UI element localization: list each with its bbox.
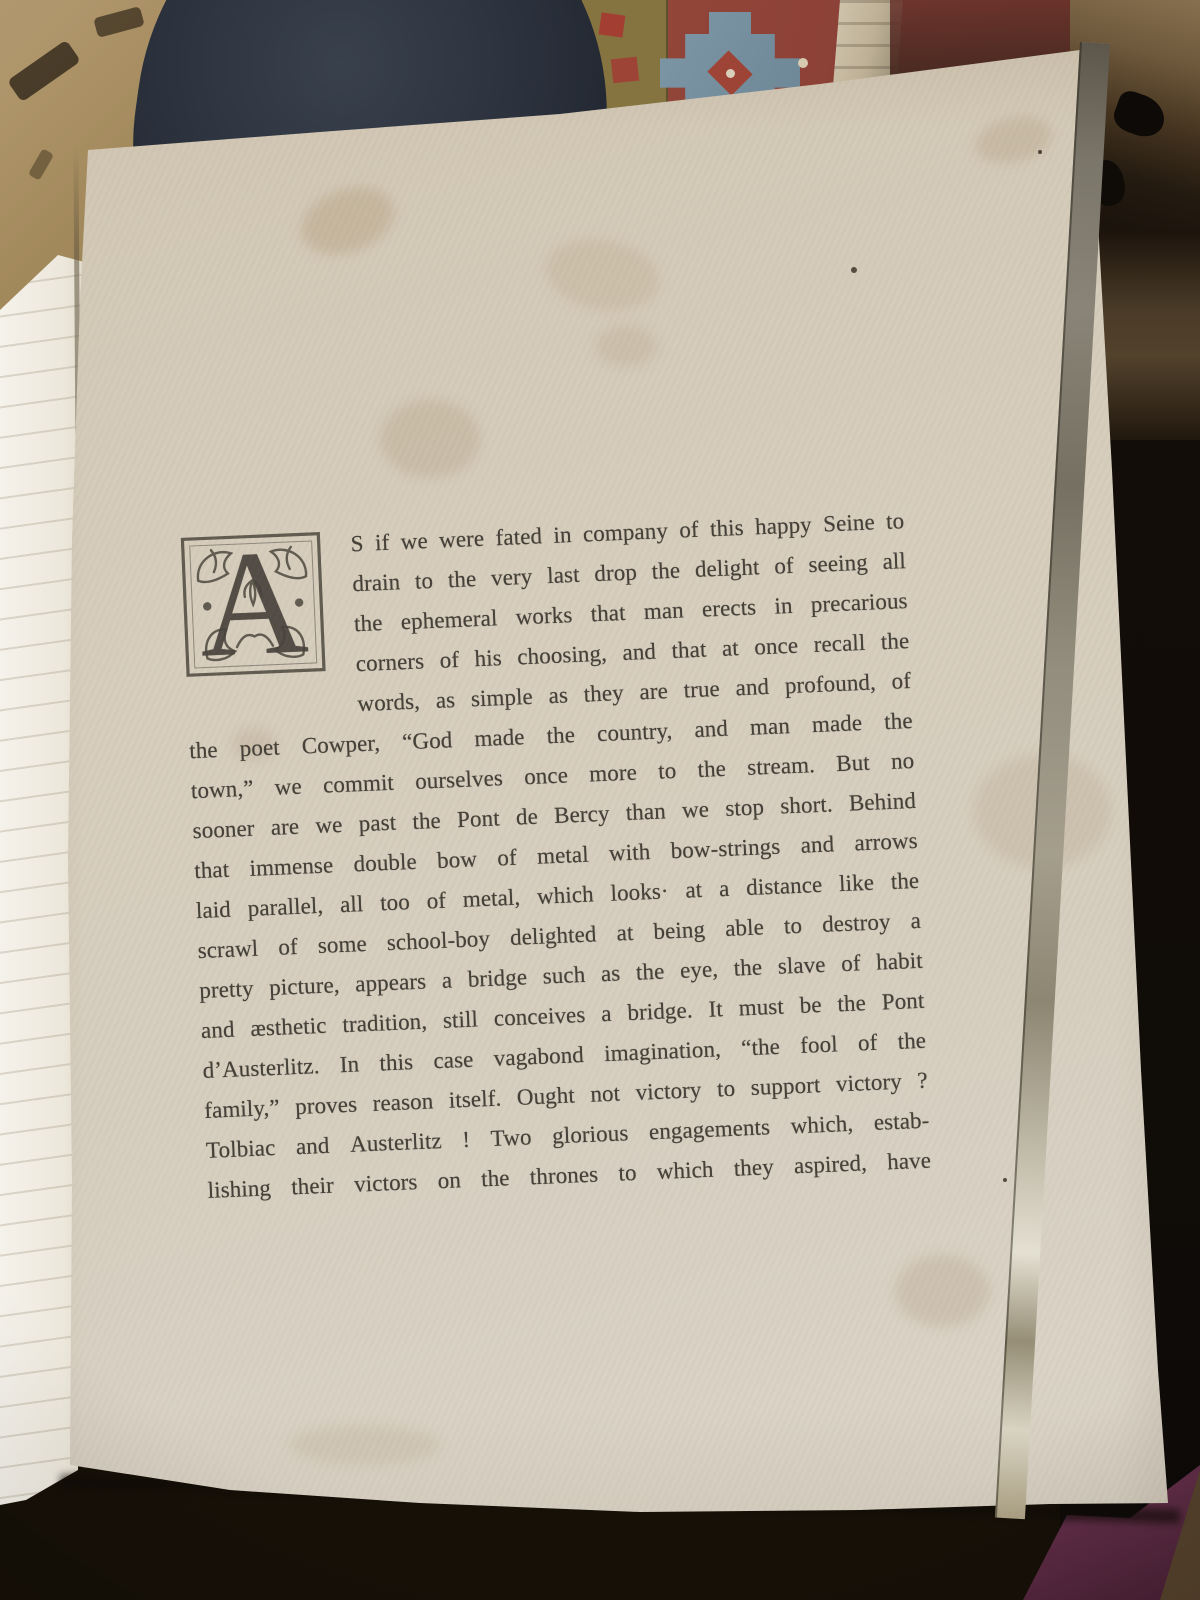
text-line: draintotheverylastdropthedelightofseeing… bbox=[352, 541, 907, 604]
page-stain bbox=[292, 176, 402, 267]
page-stain bbox=[380, 400, 480, 478]
drop-cap-ornamental-initial: A bbox=[180, 532, 326, 678]
page-specks bbox=[1038, 150, 1042, 154]
page-stain bbox=[971, 110, 1056, 169]
full-width-lines: thepoetCowper,“Godmadethecountry,andmanm… bbox=[188, 701, 931, 1211]
text-line: laidparallel,alltooofmetal,whichlooks·at… bbox=[195, 861, 920, 931]
page-stain bbox=[290, 1425, 440, 1465]
drop-cap-row: A SifwewerefatedincompanyofthishappySein… bbox=[180, 501, 912, 731]
text-line: scrawlofsomeschool-boydelightedatbeingab… bbox=[197, 901, 922, 971]
text-line: thepoetCowper,“Godmadethecountry,andmanm… bbox=[188, 701, 913, 771]
text-line: lishingtheirvictorsonthethronestowhichth… bbox=[207, 1141, 932, 1211]
text-line: TolbiacandAusterlitz!Twogloriousengageme… bbox=[205, 1101, 930, 1171]
indented-lines: SifwewerefatedincompanyofthishappySeinet… bbox=[350, 501, 912, 724]
text-line: prettypicture,appearsabridgesuchastheeye… bbox=[199, 941, 924, 1011]
text-line: SifwewerefatedincompanyofthishappySeinet… bbox=[350, 501, 905, 564]
text-line: theephemeralworksthatmanerectsinprecario… bbox=[353, 581, 908, 644]
text-line: thatimmensedoublebowofmetalwithbow-strin… bbox=[193, 821, 918, 891]
text-line: andæsthetictradition,stillconceivesabrid… bbox=[200, 981, 925, 1051]
page-stain bbox=[232, 728, 276, 760]
drop-cap-letter: A bbox=[196, 532, 311, 678]
cardboard-mark bbox=[93, 6, 145, 38]
text-line: soonerarewepastthePontdeBercythanwestops… bbox=[192, 781, 917, 851]
photo-of-open-book: A SifwewerefatedincompanyofthishappySein… bbox=[0, 0, 1200, 1600]
page-stain bbox=[895, 1255, 990, 1327]
drop-cap-art: A bbox=[180, 532, 326, 678]
text-line: family,”provesreasonitself.Oughtnotvicto… bbox=[204, 1061, 929, 1131]
printed-text-block: A SifwewerefatedincompanyofthishappySein… bbox=[180, 501, 932, 1211]
box-shadow-shape bbox=[1110, 88, 1171, 143]
text-line: cornersofhischoosing,andthatatoncerecall… bbox=[355, 621, 910, 684]
page-stain bbox=[540, 231, 665, 320]
text-line: town,”wecommitourselvesoncemoretothestre… bbox=[190, 741, 915, 811]
text-line: words,assimpleastheyaretrueandprofound,o… bbox=[357, 661, 912, 724]
cardboard-mark bbox=[7, 40, 81, 103]
cardboard-mark bbox=[28, 148, 54, 180]
page-stain bbox=[595, 325, 657, 367]
text-line: d’Austerlitz.Inthiscasevagabondimaginati… bbox=[202, 1021, 927, 1091]
